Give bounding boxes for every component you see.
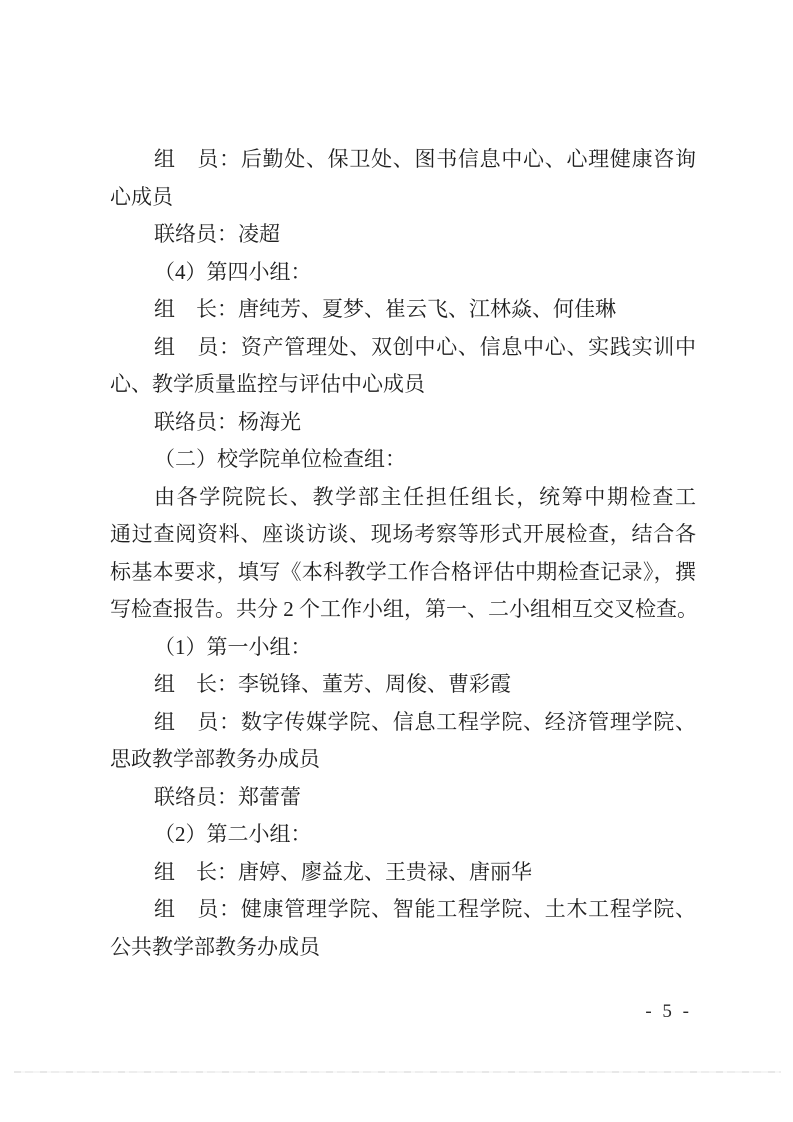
page-number: - 5 - xyxy=(645,1001,692,1023)
document-page: 组 员：后勤处、保卫处、图书信息中心、心理健康咨询中心成员联络员：凌超（4）第四… xyxy=(0,0,793,1122)
text-line: 通过查阅资料、座谈访谈、现场考察等形式开展检查，结合各指 xyxy=(110,516,696,554)
text-line: 组 长：唐纯芳、夏梦、崔云飞、江林焱、何佳琳 xyxy=(110,291,696,329)
text-line: 思政教学部教务办成员 xyxy=(110,741,696,779)
text-line: 由各学院院长、教学部主任担任组长，统筹中期检查工作。 xyxy=(110,479,696,517)
text-line: 组 员：数字传媒学院、信息工程学院、经济管理学院、 xyxy=(110,704,696,742)
text-line: 组 员：后勤处、保卫处、图书信息中心、心理健康咨询中 xyxy=(110,141,696,179)
text-line: 公共教学部教务办成员 xyxy=(110,929,696,967)
text-line: （4）第四小组： xyxy=(110,254,696,292)
text-line: （二）校学院单位检查组： xyxy=(110,441,696,479)
text-line: 组 员：资产管理处、双创中心、信息中心、实践实训中 xyxy=(110,329,696,367)
text-line: 写检查报告。共分 2 个工作小组，第一、二小组相互交叉检查。 xyxy=(110,591,696,629)
text-line: 联络员：杨海光 xyxy=(110,404,696,442)
scan-artifact-line xyxy=(14,1071,781,1073)
text-line: 组 长：唐婷、廖益龙、王贵禄、唐丽华 xyxy=(110,854,696,892)
text-line: （1）第一小组： xyxy=(110,629,696,667)
document-body: 组 员：后勤处、保卫处、图书信息中心、心理健康咨询中心成员联络员：凌超（4）第四… xyxy=(110,141,696,966)
text-line: 组 长：李锐锋、董芳、周俊、曹彩霞 xyxy=(110,666,696,704)
text-line: 组 员：健康管理学院、智能工程学院、土木工程学院、 xyxy=(110,891,696,929)
text-line: 联络员：凌超 xyxy=(110,216,696,254)
text-line: 心、教学质量监控与评估中心成员 xyxy=(110,366,696,404)
text-line: 标基本要求，填写《本科教学工作合格评估中期检查记录》，撰 xyxy=(110,554,696,592)
text-line: （2）第二小组： xyxy=(110,816,696,854)
text-line: 联络员：郑蕾蕾 xyxy=(110,779,696,817)
text-line: 心成员 xyxy=(110,179,696,217)
